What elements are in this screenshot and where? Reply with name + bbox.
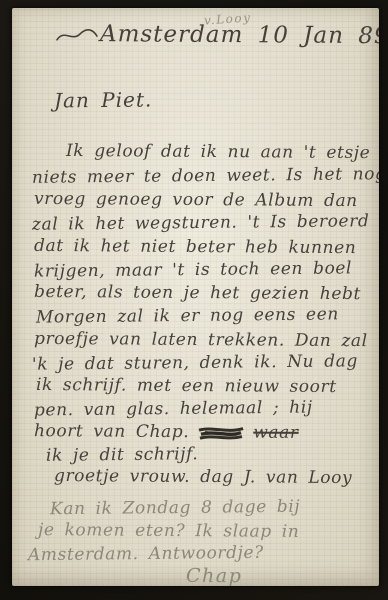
- photo-frame: v.Looy Amsterdam 10 Jan 89 Jan Piet. Ik …: [0, 0, 388, 600]
- dateline: Amsterdam 10 Jan 89: [56, 23, 379, 48]
- letter-line: proefje van laten trekken. Dan zal: [34, 331, 368, 350]
- letter-line: groetje vrouw. dag J. van Looy: [54, 468, 352, 487]
- letter-line: niets meer te doen weet. Is het nog: [32, 166, 379, 187]
- postscript-line: je komen eten? Ik slaap in: [38, 522, 299, 541]
- postscript-line: Kan ik Zondag 8 dage bij: [50, 499, 300, 519]
- letter-line: Morgen zal ik er nog eens een: [36, 306, 339, 326]
- scribble-line-pre: hoort van Chap.: [34, 423, 189, 441]
- ink-scribble-icon: [197, 425, 245, 441]
- postscript-line: Amsterdam. Antwoordje?: [28, 545, 264, 564]
- letter-line: ik je dit schrijf.: [46, 446, 199, 465]
- signature: Chap: [182, 567, 246, 586]
- letter-line: krijgen, maar 't is toch een boel: [34, 260, 352, 280]
- dateline-text: Amsterdam 10 Jan 89: [100, 23, 379, 48]
- letter-line: Ik geloof dat ik nu aan 't etsje: [66, 143, 370, 162]
- letter-line: dat ik het niet beter heb kunnen: [34, 238, 356, 257]
- letter-line: 'k je dat sturen, denk ik. Nu dag: [32, 353, 358, 373]
- letter-line-with-scribble: hoort van Chap. waar: [34, 423, 299, 442]
- letter-line: ik schrijf. met een nieuw soort: [36, 377, 337, 396]
- letter-line: vroeg genoeg voor de Album dan: [34, 191, 358, 210]
- letter-line: zal ik het wegsturen. 't Is beroerd: [32, 213, 370, 234]
- scribble-line-post: waar: [253, 425, 298, 442]
- letter-line: beter, als toen je het gezien hebt: [34, 284, 361, 303]
- letter-line: pen. van glas. helemaal ; hij: [34, 400, 313, 420]
- salutation: Jan Piet.: [54, 89, 152, 110]
- pen-flourish-icon: [56, 26, 98, 42]
- letter-paper: v.Looy Amsterdam 10 Jan 89 Jan Piet. Ik …: [12, 8, 379, 586]
